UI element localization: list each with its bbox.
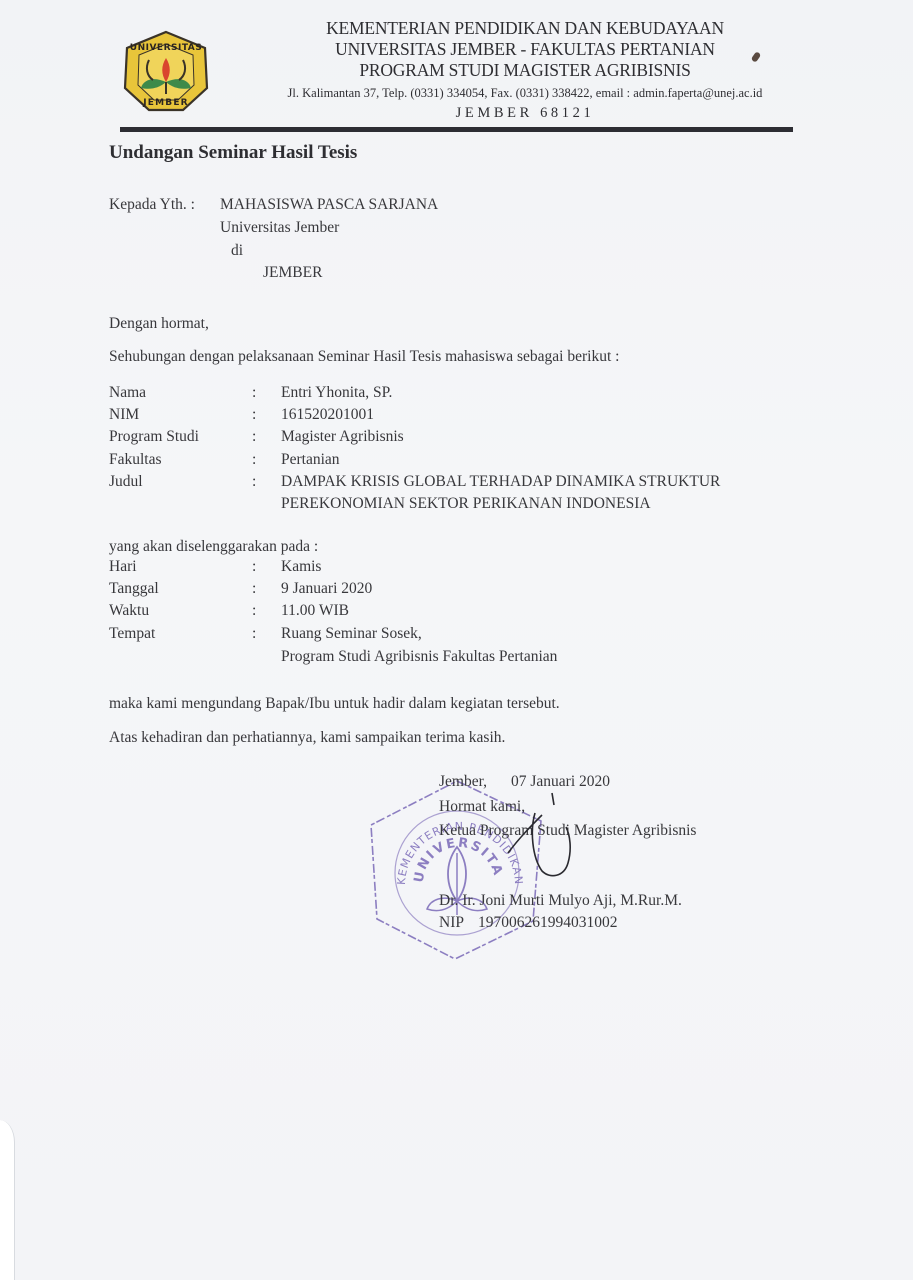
- detail-label: Nama: [109, 384, 146, 402]
- handwritten-signature-icon: [480, 785, 590, 885]
- document-title: Undangan Seminar Hasil Tesis: [109, 142, 357, 164]
- recipient-line3: di: [231, 242, 243, 260]
- detail-value: 161520201001: [281, 406, 374, 424]
- schedule-label: Waktu: [109, 602, 149, 620]
- closing-invitation: maka kami mengundang Bapak/Ibu untuk had…: [109, 695, 560, 713]
- letterhead-city: JEMBER 68121: [260, 104, 790, 122]
- signatory-nip-label: NIP: [439, 914, 464, 932]
- schedule-value: 9 Januari 2020: [281, 580, 372, 598]
- recipient-line4: JEMBER: [263, 264, 322, 282]
- detail-colon: :: [252, 451, 256, 469]
- schedule-label: Hari: [109, 558, 137, 576]
- paper-edge: [0, 1120, 15, 1280]
- recipient-line2: Universitas Jember: [220, 219, 339, 237]
- recipient-line1: MAHASISWA PASCA SARJANA: [220, 196, 438, 214]
- detail-value: Entri Yhonita, SP.: [281, 384, 392, 402]
- schedule-label: Tempat: [109, 625, 155, 643]
- detail-label: Program Studi: [109, 428, 199, 446]
- schedule-value: 11.00 WIB: [281, 602, 349, 620]
- svg-text:JEMBER: JEMBER: [142, 98, 189, 108]
- letterhead-address: Jl. Kalimantan 37, Telp. (0331) 334054, …: [260, 82, 790, 104]
- schedule-value: Ruang Seminar Sosek,: [281, 625, 422, 643]
- letterhead-university: UNIVERSITAS JEMBER - FAKULTAS PERTANIAN: [260, 39, 790, 60]
- detail-colon: :: [252, 406, 256, 424]
- detail-value: Magister Agribisnis: [281, 428, 404, 446]
- detail-value: PEREKONOMIAN SEKTOR PERIKANAN INDONESIA: [281, 495, 651, 513]
- intro-paragraph: Sehubungan dengan pelaksanaan Seminar Ha…: [109, 348, 619, 366]
- detail-label: Judul: [109, 473, 143, 491]
- svg-text:UNIVERSITAS: UNIVERSITAS: [130, 43, 202, 53]
- detail-label: NIM: [109, 406, 139, 424]
- letterhead: KEMENTERIAN PENDIDIKAN DAN KEBUDAYAAN UN…: [260, 18, 790, 122]
- schedule-colon: :: [252, 625, 256, 643]
- schedule-colon: :: [252, 558, 256, 576]
- detail-value: Pertanian: [281, 451, 340, 469]
- closing-thanks: Atas kehadiran dan perhatiannya, kami sa…: [109, 729, 505, 747]
- detail-colon: :: [252, 384, 256, 402]
- letterhead-divider: [120, 127, 793, 132]
- university-jember-logo-icon: UNIVERSITAS JEMBER: [123, 30, 209, 112]
- detail-colon: :: [252, 473, 256, 491]
- letterhead-ministry: KEMENTERIAN PENDIDIKAN DAN KEBUDAYAAN: [260, 18, 790, 39]
- signatory-nip: 197006261994031002: [478, 914, 618, 932]
- detail-colon: :: [252, 428, 256, 446]
- letterhead-program: PROGRAM STUDI MAGISTER AGRIBISNIS: [260, 60, 790, 81]
- schedule-colon: :: [252, 602, 256, 620]
- schedule-colon: :: [252, 580, 256, 598]
- salutation: Dengan hormat,: [109, 315, 209, 333]
- signatory-name: Dr. Ir. Joni Murti Mulyo Aji, M.Rur.M.: [439, 892, 682, 910]
- schedule-value: Program Studi Agribisnis Fakultas Pertan…: [281, 648, 557, 666]
- recipient-label: Kepada Yth. :: [109, 196, 195, 214]
- schedule-value: Kamis: [281, 558, 321, 576]
- schedule-label: Tanggal: [109, 580, 159, 598]
- schedule-intro: yang akan diselenggarakan pada :: [109, 538, 318, 556]
- detail-label: Fakultas: [109, 451, 162, 469]
- detail-value: DAMPAK KRISIS GLOBAL TERHADAP DINAMIKA S…: [281, 473, 720, 491]
